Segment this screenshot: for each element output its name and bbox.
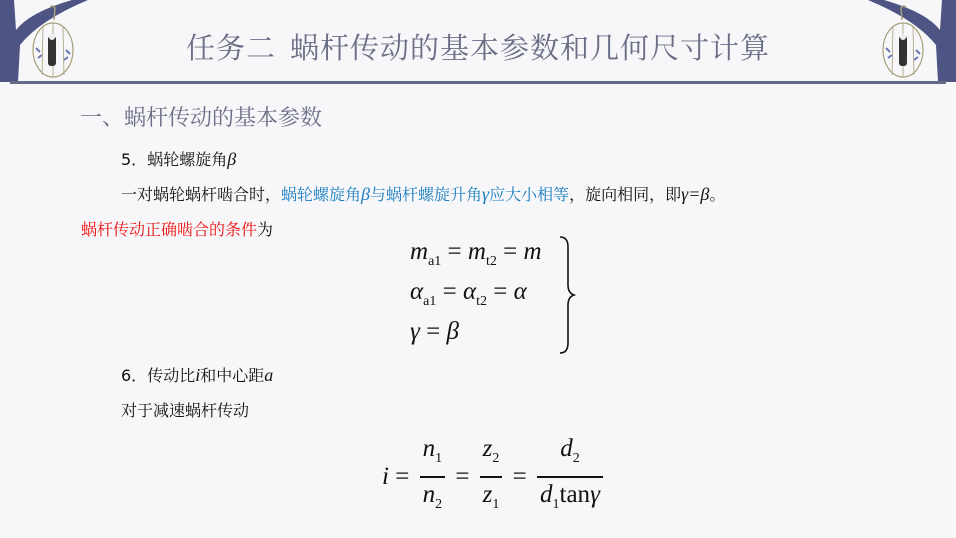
- item-6-heading: 6．传动比i和中心距a: [121, 363, 273, 386]
- a-symbol: a: [264, 365, 273, 385]
- right-brace: [556, 235, 576, 355]
- item-5-heading: 5．蜗轮螺旋角β: [121, 147, 236, 170]
- item-label: 传动比: [147, 366, 195, 385]
- equation-row: αa1 = αt2 = α: [410, 272, 542, 312]
- text: 为: [257, 220, 273, 239]
- highlight-blue: 蜗轮螺旋角β与蜗杆螺旋升角γ应大小相等: [281, 185, 569, 204]
- text: ，旋向相同，即: [569, 185, 681, 204]
- meshing-condition-line: 蜗杆传动正确啮合的条件为: [81, 217, 273, 240]
- beta-symbol: β: [227, 149, 236, 169]
- beta-symbol: β: [361, 184, 370, 204]
- title-prefix: 任务二: [186, 31, 276, 65]
- slide-title: 任务二蜗杆传动的基本参数和几何尺寸计算: [0, 26, 956, 67]
- text: 与蜗杆螺旋升角: [370, 185, 482, 204]
- highlight-red: 蜗杆传动正确啮合的条件: [81, 220, 257, 239]
- text: 蜗轮螺旋角: [281, 185, 361, 204]
- equation-row: ma1 = mt2 = m: [410, 232, 542, 272]
- item-label: 蜗轮螺旋角: [147, 150, 227, 169]
- equation: γ=β: [681, 184, 709, 204]
- text: 。: [709, 185, 725, 204]
- equation-row: γ = β: [410, 312, 542, 352]
- reduction-drive-line: 对于减速蜗杆传动: [121, 398, 249, 421]
- title-main: 蜗杆传动的基本参数和几何尺寸计算: [290, 31, 770, 65]
- item-number: 6．: [121, 366, 147, 385]
- fraction: n1 n2: [420, 432, 446, 522]
- fraction: d2 d1tanγ: [537, 432, 603, 522]
- header-divider: [10, 81, 946, 84]
- item-number: 5．: [121, 150, 147, 169]
- text: 应大小相等: [489, 185, 569, 204]
- section-heading: 一、蜗杆传动的基本参数: [80, 101, 322, 132]
- transmission-ratio-formula: i = n1 n2 = z2 z1 = d2 d1tanγ: [382, 432, 607, 522]
- item-label: 和中心距: [200, 366, 264, 385]
- meshing-paragraph: 一对蜗轮蜗杆啮合时，蜗轮螺旋角β与蜗杆螺旋升角γ应大小相等，旋向相同，即γ=β。: [121, 182, 725, 205]
- meshing-conditions-equations: ma1 = mt2 = m αa1 = αt2 = α γ = β: [410, 232, 542, 352]
- fraction: z2 z1: [480, 432, 503, 522]
- text: 一对蜗轮蜗杆啮合时，: [121, 185, 281, 204]
